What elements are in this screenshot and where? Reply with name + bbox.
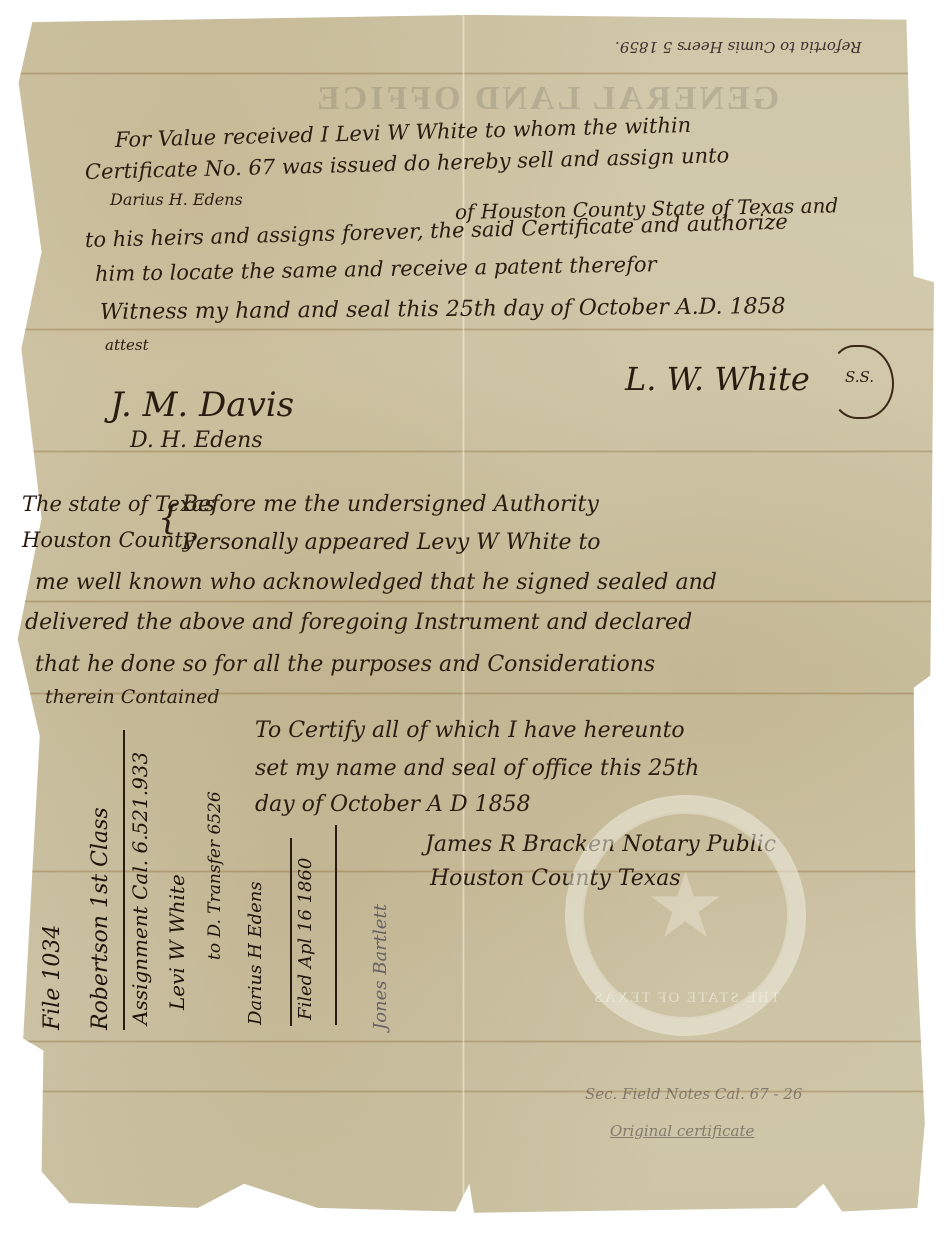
signature-l-w-white: L. W. White xyxy=(625,360,810,398)
docket-filed-date: Filed Apl 16 1860 xyxy=(295,858,316,1020)
certify-line-3: day of October A D 1858 xyxy=(255,792,531,817)
docket-assignment: Assignment Cal. 6.521.933 xyxy=(128,752,152,1025)
notary-embossed-seal: ★ THE STATE OF TEXAS xyxy=(565,795,806,1036)
docket-grantor: Levi W White xyxy=(165,874,189,1010)
ack-line-3: me well known who acknowledged that he s… xyxy=(35,570,717,595)
witness-signature-1: J. M. Davis xyxy=(110,385,294,425)
assignee-name: Darius H. Edens xyxy=(110,190,243,209)
bottom-note-1: Sec. Field Notes Cal. 67 - 26 xyxy=(585,1085,802,1103)
star-icon: ★ xyxy=(645,854,726,959)
fold-line xyxy=(14,1040,934,1043)
attest-label: attest xyxy=(105,336,149,354)
docket-rule xyxy=(290,838,292,1026)
bottom-note-2: Original certificate xyxy=(610,1122,754,1140)
ack-line-6: therein Contained xyxy=(45,686,220,708)
venue-brace: { xyxy=(158,498,180,538)
docket-rule xyxy=(335,825,337,1025)
document-scan: GENERAL LAND OFFICE Refortia to Cumis He… xyxy=(0,0,950,1233)
ack-line-2: Personally appeared Levy W White to xyxy=(182,530,601,555)
docket-rule xyxy=(123,730,125,1030)
docket-class: Robertson 1st Class xyxy=(88,807,113,1030)
docket-transfer: to D. Transfer 6526 xyxy=(205,791,225,960)
witness-signature-2: D. H. Edens xyxy=(130,428,263,453)
docket-grantee: Darius H Edens xyxy=(245,881,266,1025)
bleed-through-heading: GENERAL LAND OFFICE xyxy=(314,80,779,118)
ack-line-4: delivered the above and foregoing Instru… xyxy=(25,610,692,635)
certify-line-2: set my name and seal of office this 25th xyxy=(255,756,699,781)
docket-file-number: File 1034 xyxy=(40,925,65,1030)
ack-line-1: Before me the undersigned Authority xyxy=(182,492,599,517)
seal-legend: THE STATE OF TEXAS xyxy=(592,990,779,1007)
fold-line xyxy=(14,328,934,331)
seal-mark: S.S. xyxy=(845,368,874,386)
upside-down-note: Refortia to Cumis Heers 5 1859. xyxy=(615,38,862,56)
certify-line-1: To Certify all of which I have hereunto xyxy=(255,718,685,743)
docket-clerk: Jones Bartlett xyxy=(370,904,391,1030)
ack-line-5: that he done so for all the purposes and… xyxy=(35,652,655,677)
fold-line xyxy=(14,72,934,75)
fold-line xyxy=(14,600,934,603)
